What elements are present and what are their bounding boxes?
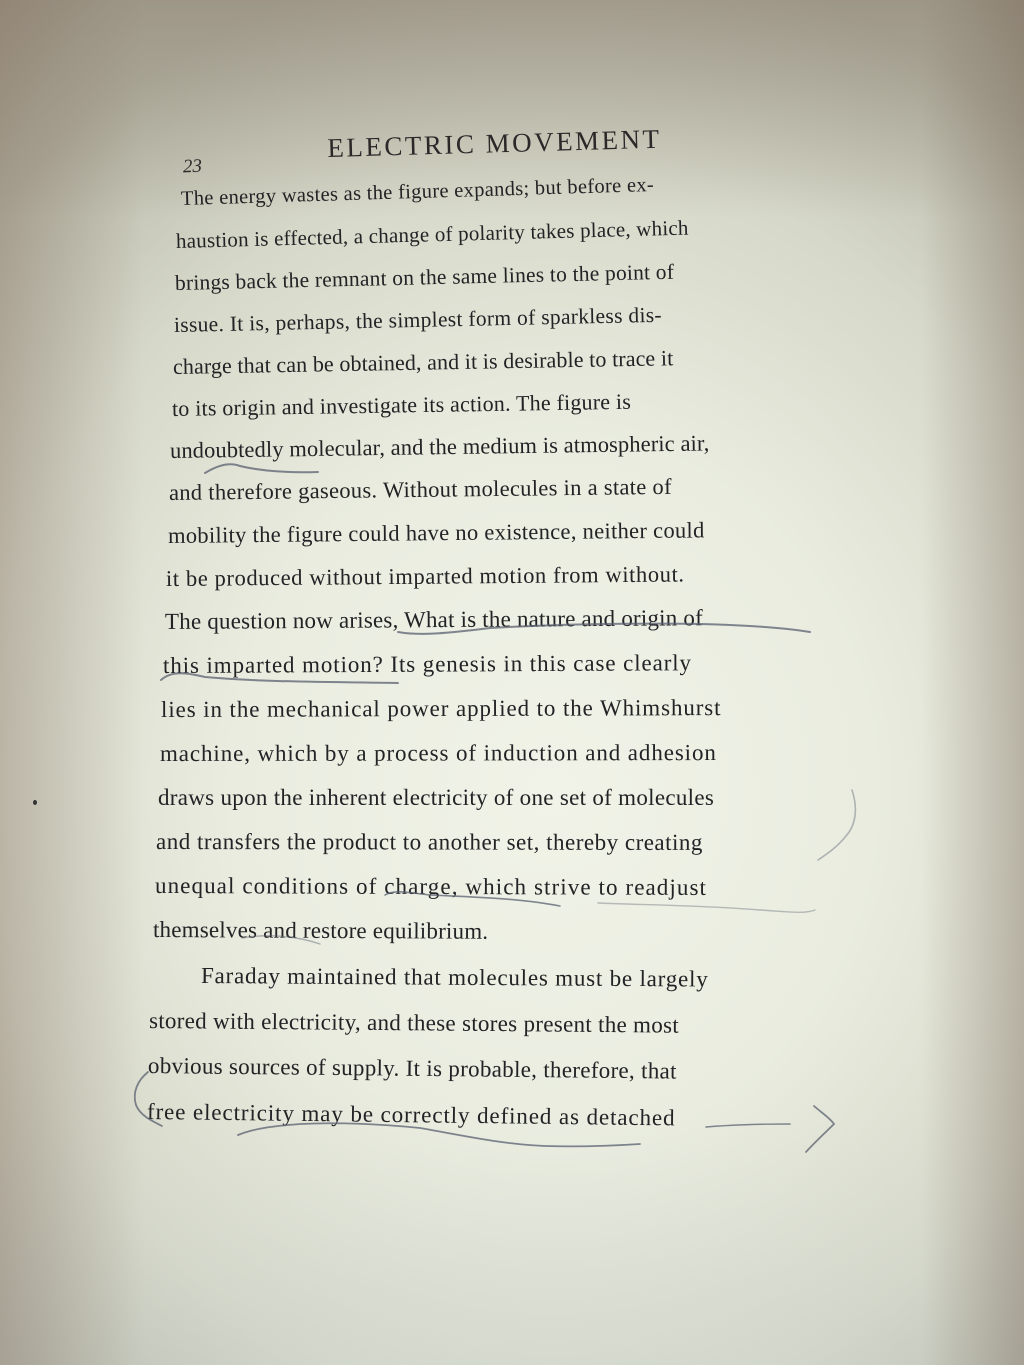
text-line: undoubtedly molecular, and the medium is… (170, 430, 710, 464)
text-line: haustion is effected, a change of polari… (176, 216, 689, 254)
text-line: draws upon the inherent electricity of o… (158, 785, 714, 811)
text-line: it be produced without imparted motion f… (166, 561, 685, 592)
text-line: free electricity may be correctly define… (147, 1099, 676, 1131)
text-line: obvious sources of supply. It is probabl… (148, 1053, 677, 1085)
text-line: and therefore gaseous. Without molecules… (169, 474, 672, 506)
text-line: mobility the figure could have no existe… (168, 517, 705, 549)
text-line: charge that can be obtained, and it is d… (173, 345, 674, 380)
text-line: unequal conditions of charge, which stri… (155, 873, 707, 901)
text-line: and transfers the product to another set… (156, 829, 703, 856)
text-line: this imparted motion? Its genesis in thi… (163, 650, 692, 679)
body-text: The energy wastes as the figure expands;… (0, 0, 1024, 1365)
text-line: lies in the mechanical power applied to … (161, 695, 722, 723)
text-line: themselves and restore equilibrium. (153, 917, 488, 945)
book-page: 23 ELECTRIC MOVEMENT The energy wastes a… (0, 0, 1024, 1365)
text-line: to its origin and investigate its action… (172, 389, 631, 422)
text-line: issue. It is, perhaps, the simplest form… (174, 303, 662, 338)
text-line: stored with electricity, and these store… (149, 1008, 679, 1039)
text-line: Faraday maintained that molecules must b… (201, 963, 709, 993)
text-line: brings back the remnant on the same line… (175, 260, 675, 296)
text-line: The question now arises, What is the nat… (165, 605, 703, 635)
margin-speck (33, 800, 37, 805)
text-line: The energy wastes as the figure expands;… (181, 169, 806, 211)
text-line: machine, which by a process of induction… (160, 740, 717, 767)
